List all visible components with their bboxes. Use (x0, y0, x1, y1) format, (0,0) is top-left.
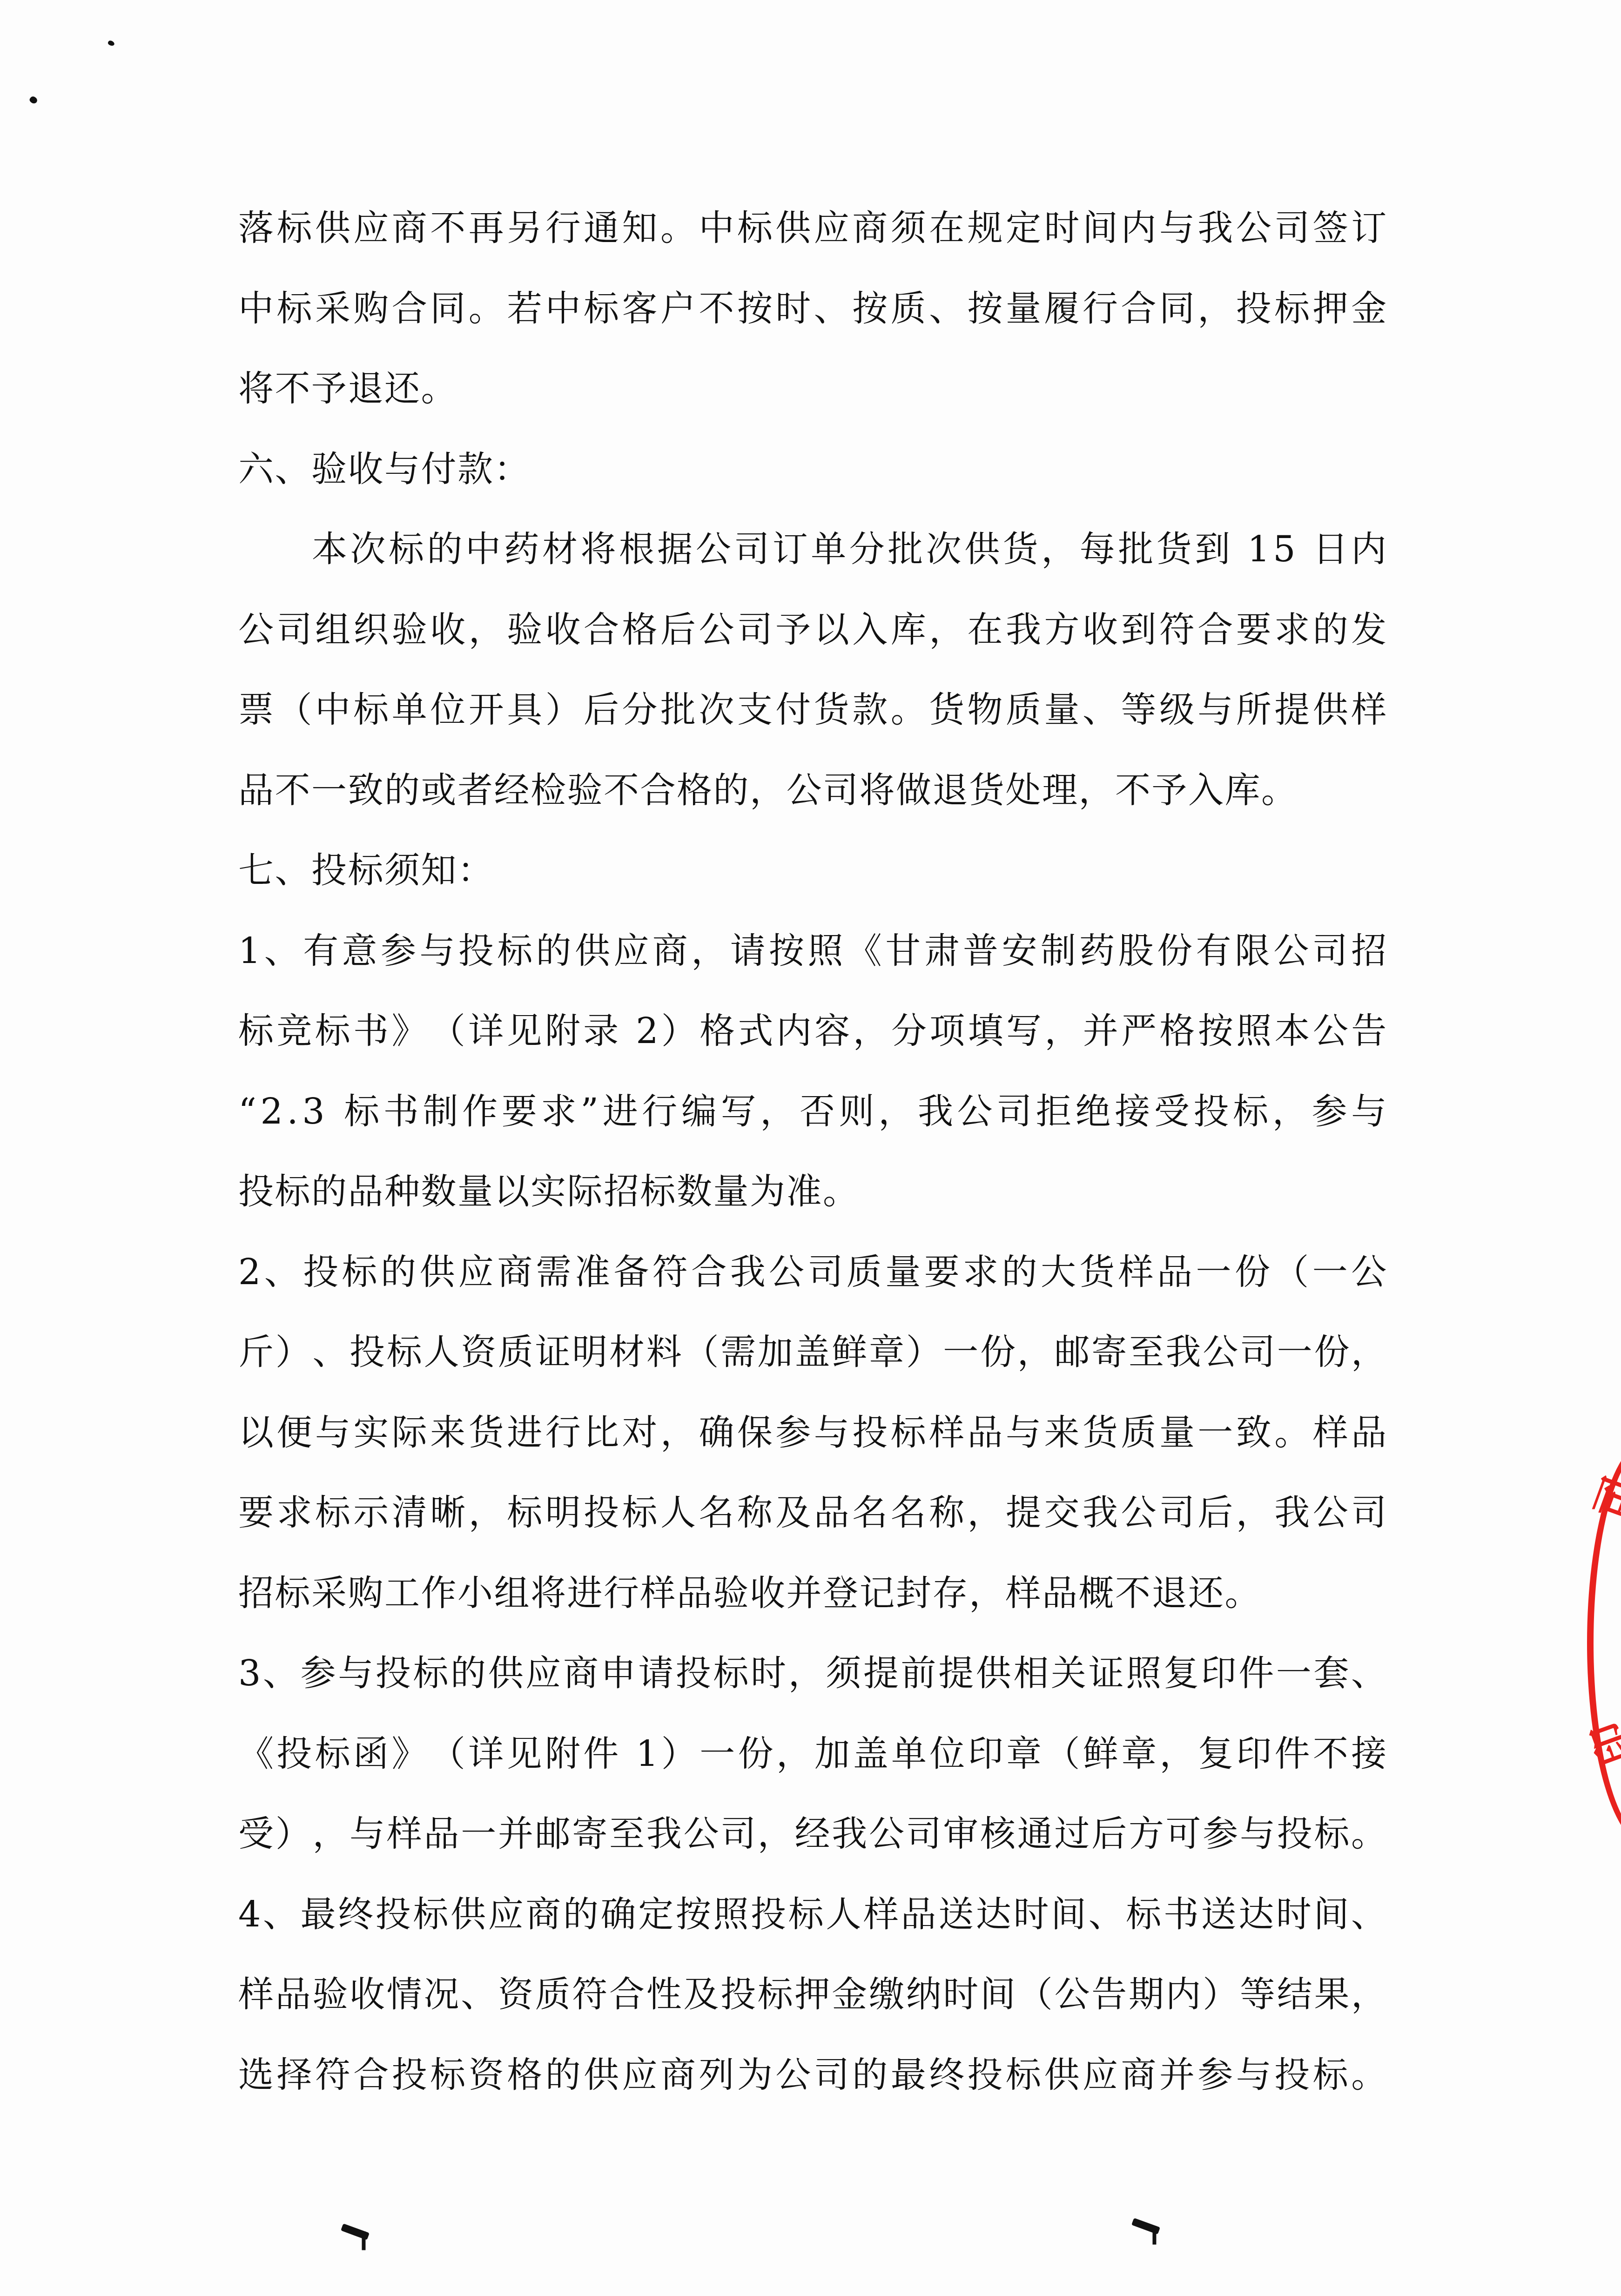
list-item-1-line: 1、有意参与投标的供应商，请按照《甘肃普安制药股份有限公司招 (238, 911, 1388, 991)
text-line: 品不一致的或者经检验不合格的，公司将做退货处理，不予入库。 (238, 750, 1388, 831)
list-item-4-line: 样品验收情况、资质符合性及投标押金缴纳时间（公告期内）等结果， (238, 1954, 1388, 2035)
list-item-3-line: 3、参与投标的供应商申请投标时，须提前提供相关证照复印件一套、 (238, 1633, 1388, 1714)
scan-speck-2 (28, 95, 38, 105)
list-item-2-line: 斤）、投标人资质证明材料（需加盖鲜章）一份，邮寄至我公司一份， (238, 1312, 1388, 1393)
list-item-2-line: 以便与实际来货进行比对，确保参与投标样品与来货质量一致。样品 (238, 1393, 1388, 1473)
list-item-1-line: 投标的品种数量以实际招标数量为准。 (238, 1151, 1388, 1232)
section-heading-acceptance-payment: 六、验收与付款： (238, 429, 1388, 510)
text-line: 将不予退还。 (238, 349, 1388, 429)
text-line: 本次标的中药材将根据公司订单分批次供货，每批货到 15 日内 (238, 509, 1388, 590)
list-item-2-line: 2、投标的供应商需准备符合我公司质量要求的大货样品一份（一公 (238, 1232, 1388, 1313)
list-item-2-line: 招标采购工作小组将进行样品验收并登记封存，样品概不退还。 (238, 1553, 1388, 1634)
list-item-1-line: 标竞标书》（详见附录 2）格式内容，分项填写，并严格按照本公告 (238, 991, 1388, 1071)
list-item-3-line: 受），与样品一并邮寄至我公司，经我公司审核通过后方可参与投标。 (238, 1794, 1388, 1874)
stamp-glyph-bottom: 印 (1586, 1716, 1621, 1770)
scan-mark-bottom-left (341, 2223, 370, 2240)
text-line: 落标供应商不再另行通知。中标供应商须在规定时间内与我公司签订 (238, 188, 1388, 269)
text-line: 公司组织验收，验收合格后公司予以入库，在我方收到符合要求的发 (238, 590, 1388, 670)
scan-mark-bottom-right (1131, 2218, 1160, 2235)
list-item-4-line: 4、最终投标供应商的确定按照投标人样品送达时间、标书送达时间、 (238, 1874, 1388, 1955)
document-body: 落标供应商不再另行通知。中标供应商须在规定时间内与我公司签订 中标采购合同。若中… (238, 188, 1388, 2115)
list-item-1-line: “2.3 标书制作要求”进行编写，否则，我公司拒绝接受投标，参与 (238, 1071, 1388, 1152)
list-item-3-line: 《投标函》（详见附件 1）一份，加盖单位印章（鲜章，复印件不接 (238, 1714, 1388, 1794)
scanned-document-page: 落标供应商不再另行通知。中标供应商须在规定时间内与我公司签订 中标采购合同。若中… (0, 0, 1621, 2296)
text-line: 票（中标单位开具）后分批次支付货款。货物质量、等级与所提供样 (238, 670, 1388, 750)
list-item-2-line: 要求标示清晰，标明投标人名称及品名名称，提交我公司后，我公司 (238, 1473, 1388, 1553)
scan-speck-1 (107, 40, 115, 47)
section-heading-bidding-notice: 七、投标须知： (238, 830, 1388, 911)
text-line: 中标采购合同。若中标客户不按时、按质、按量履行合同，投标押金 (238, 269, 1388, 349)
list-item-4-line: 选择符合投标资格的供应商列为公司的最终投标供应商并参与投标。 (238, 2035, 1388, 2115)
